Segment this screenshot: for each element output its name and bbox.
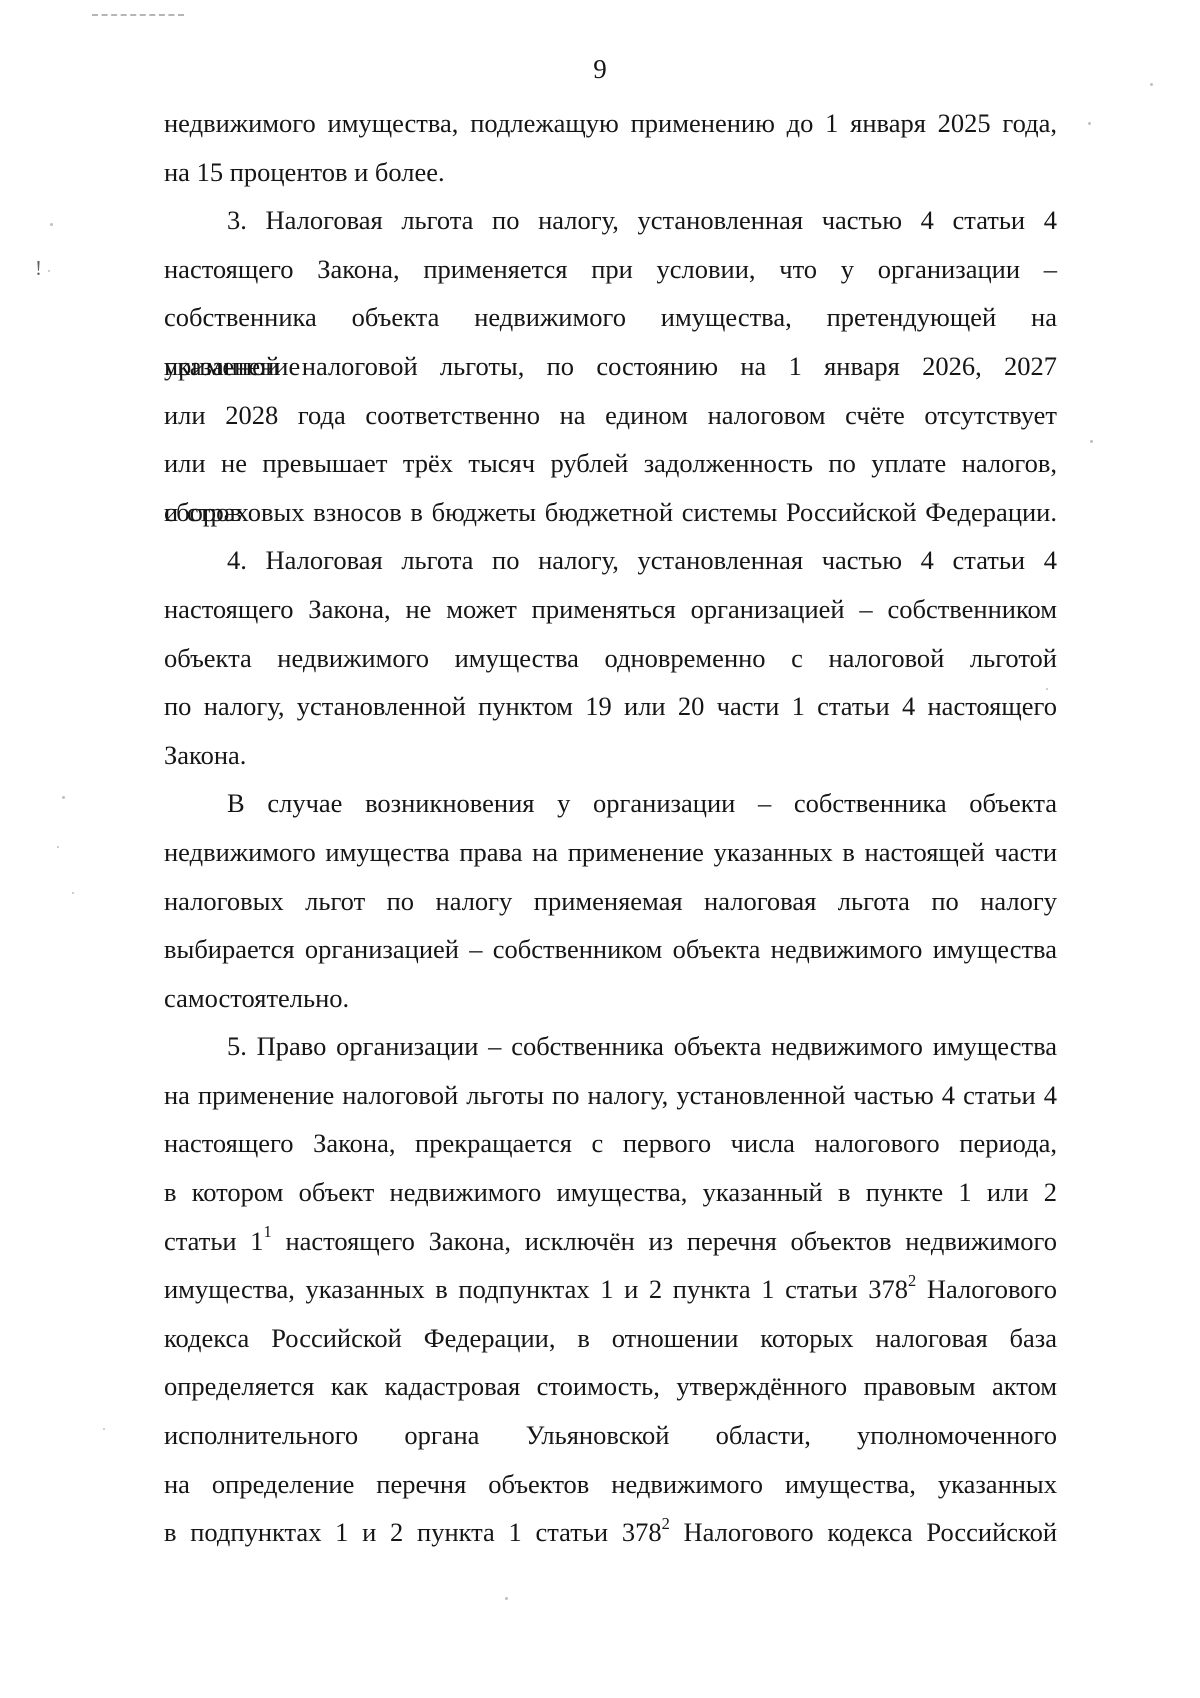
- text-segment: Закона.: [164, 740, 246, 770]
- text-segment: исполнительного органа Ульяновской облас…: [164, 1420, 1057, 1450]
- scan-speck: [57, 846, 59, 848]
- text-segment: на 15 процентов и более.: [164, 157, 445, 187]
- text-segment: выбирается организацией – собственником …: [164, 934, 1057, 964]
- text-segment: 4. Налоговая льгота по налогу, установле…: [227, 545, 1057, 575]
- text-line: настоящего Закона, прекращается с первог…: [164, 1119, 1057, 1168]
- scan-speck: [505, 1597, 508, 1600]
- text-line: В случае возникновения у организации – с…: [164, 779, 1057, 828]
- text-segment: на определение перечня объектов недвижим…: [164, 1469, 1057, 1499]
- text-line: исполнительного органа Ульяновской облас…: [164, 1411, 1057, 1460]
- text-line: настоящего Закона, применяется при услов…: [164, 245, 1057, 294]
- text-segment: налоговых льгот по налогу применяемая на…: [164, 886, 1057, 916]
- text-line: недвижимого имущества, подлежащую примен…: [164, 99, 1057, 148]
- superscript: 2: [908, 1271, 916, 1290]
- scan-speck: [48, 270, 50, 272]
- text-segment: определяется как кадастровая стоимость, …: [164, 1371, 1057, 1401]
- text-line: на применение налоговой льготы по налогу…: [164, 1071, 1057, 1120]
- text-segment: в подпунктах 1 и 2 пункта 1 статьи 378: [164, 1517, 662, 1547]
- text-line: недвижимого имущества права на применени…: [164, 828, 1057, 877]
- text-line: указанной налоговой льготы, по состоянию…: [164, 342, 1057, 391]
- scan-speck: [62, 796, 65, 799]
- text-line: на 15 процентов и более.: [164, 148, 1057, 197]
- text-line: по налогу, установленной пунктом 19 или …: [164, 682, 1057, 731]
- text-line: настоящего Закона, не может применяться …: [164, 585, 1057, 634]
- text-segment: настоящего Закона, применяется при услов…: [164, 254, 1057, 284]
- text-segment: в котором объект недвижимого имущества, …: [164, 1177, 1057, 1207]
- text-line: собственника объекта недвижимого имущест…: [164, 293, 1057, 342]
- text-line: или 2028 года соответственно на едином н…: [164, 391, 1057, 440]
- text-line: и страховых взносов в бюджеты бюджетной …: [164, 488, 1057, 537]
- scanned-document-page: ! 9 недвижимого имущества, подлежащую пр…: [0, 0, 1200, 1698]
- text-segment: самостоятельно.: [164, 983, 349, 1013]
- text-line: на определение перечня объектов недвижим…: [164, 1460, 1057, 1509]
- text-line: имущества, указанных в подпунктах 1 и 2 …: [164, 1265, 1057, 1314]
- text-segment: настоящего Закона, не может применяться …: [164, 594, 1057, 624]
- scan-speck: [103, 1428, 105, 1430]
- text-segment: 3. Налоговая льгота по налогу, установле…: [227, 205, 1057, 235]
- scan-speck: [1088, 122, 1091, 125]
- text-line: выбирается организацией – собственником …: [164, 925, 1057, 974]
- text-segment: 5. Право организации – собственника объе…: [227, 1031, 1057, 1061]
- page-number: 9: [0, 54, 1200, 85]
- text-line: налоговых льгот по налогу применяемая на…: [164, 877, 1057, 926]
- text-segment: объекта недвижимого имущества одновремен…: [164, 643, 1057, 673]
- scan-speck: [50, 223, 53, 226]
- text-line: 4. Налоговая льгота по налогу, установле…: [164, 536, 1057, 585]
- text-segment: и страховых взносов в бюджеты бюджетной …: [164, 497, 1057, 527]
- text-segment: на применение налоговой льготы по налогу…: [164, 1080, 1057, 1110]
- text-segment: имущества, указанных в подпунктах 1 и 2 …: [164, 1274, 908, 1304]
- scan-speck: [1090, 440, 1093, 443]
- text-segment: настоящего Закона, прекращается с первог…: [164, 1128, 1057, 1158]
- text-line: статьи 11 настоящего Закона, исключён из…: [164, 1217, 1057, 1266]
- text-segment: Налогового: [916, 1274, 1057, 1304]
- text-line: 5. Право организации – собственника объе…: [164, 1022, 1057, 1071]
- text-segment: настоящего Закона, исключён из перечня о…: [272, 1226, 1057, 1256]
- text-line: объекта недвижимого имущества одновремен…: [164, 634, 1057, 683]
- text-line: в котором объект недвижимого имущества, …: [164, 1168, 1057, 1217]
- superscript: 1: [264, 1222, 272, 1241]
- text-segment: или 2028 года соответственно на едином н…: [164, 400, 1057, 430]
- text-segment: В случае возникновения у организации – с…: [227, 788, 1057, 818]
- text-segment: недвижимого имущества, подлежащую примен…: [164, 108, 1057, 138]
- text-line: кодекса Российской Федерации, в отношени…: [164, 1314, 1057, 1363]
- text-line: 3. Налоговая льгота по налогу, установле…: [164, 196, 1057, 245]
- superscript: 2: [662, 1514, 670, 1533]
- text-line: Закона.: [164, 731, 1057, 780]
- text-segment: Налогового кодекса Российской: [670, 1517, 1057, 1547]
- text-segment: кодекса Российской Федерации, в отношени…: [164, 1323, 1057, 1353]
- text-segment: статьи 1: [164, 1226, 264, 1256]
- text-segment: указанной налоговой льготы, по состоянию…: [164, 351, 1057, 381]
- text-segment: по налогу, установленной пунктом 19 или …: [164, 691, 1057, 721]
- scan-artifact-mark: !: [35, 256, 42, 281]
- text-line: самостоятельно.: [164, 974, 1057, 1023]
- scan-speck: [72, 892, 74, 894]
- scan-artifact-dashes: [92, 14, 184, 16]
- text-line: в подпунктах 1 и 2 пункта 1 статьи 3782 …: [164, 1508, 1057, 1557]
- text-segment: недвижимого имущества права на применени…: [164, 837, 1057, 867]
- text-line: или не превышает трёх тысяч рублей задол…: [164, 439, 1057, 488]
- text-line: определяется как кадастровая стоимость, …: [164, 1362, 1057, 1411]
- document-body: недвижимого имущества, подлежащую примен…: [164, 99, 1057, 1557]
